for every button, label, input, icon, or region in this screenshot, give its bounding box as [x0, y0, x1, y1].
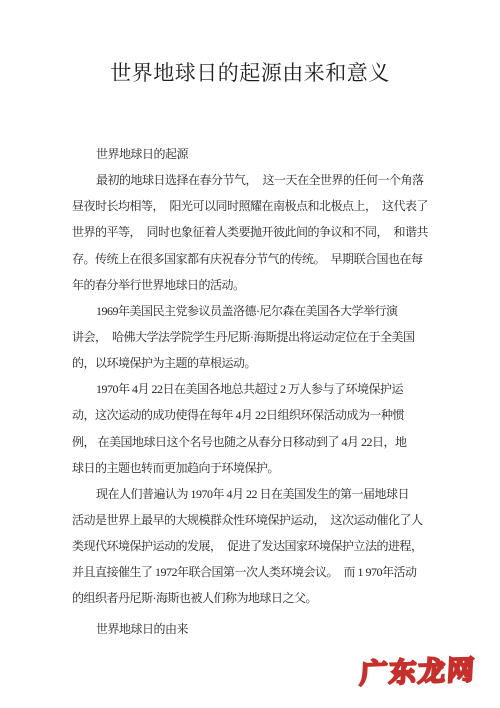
- body-line: 世界地球日的由来: [72, 616, 452, 642]
- body-line: 并且直接催生了 1972年联合国第一次人类环境会议。 而 1 970年活动: [72, 559, 452, 585]
- body-line: 世界地球日的起源: [72, 141, 452, 167]
- body-line: 例， 在美国地球日这个名号也随之从春分日移动到了 4月 22日，地: [72, 429, 452, 455]
- site-watermark-logo: 广东龙网: [359, 654, 477, 692]
- document-body: 世界地球日的起源 最初的地球日选择在春分节气， 这一天在全世界的任何一个角落 昼…: [72, 141, 452, 642]
- body-line: 的，以环境保护为主题的草根运动。: [72, 350, 452, 376]
- body-line: 活动是世界上最早的大规模群众性环境保护运动， 这次运动催化了人: [72, 507, 452, 533]
- body-line: 最初的地球日选择在春分节气， 这一天在全世界的任何一个角落: [72, 167, 452, 193]
- body-line: 球日的主题也转而更加趋向于环境保护。: [72, 455, 452, 481]
- body-line: 1969年美国民主党参议员盖洛德·尼尔森在美国各大学举行演: [72, 298, 452, 324]
- document-title: 世界地球日的起源由来和意义: [0, 59, 500, 87]
- body-line: 讲会， 哈佛大学法学院学生丹尼斯·海斯提出将运动定位在于全美国: [72, 324, 452, 350]
- body-line: 现在人们普遍认为 1970年 4月 22 日在美国发生的第一届地球日: [72, 481, 452, 507]
- body-line: 存。传统上在很多国家都有庆祝春分节气的传统。 早期联合国也在每: [72, 246, 452, 272]
- body-line: 动，这次运动的成功使得在每年 4月 22日组织环保活动成为一种惯: [72, 402, 452, 428]
- body-line: 世界的平等， 同时也象征着人类要抛开彼此间的争议和不同， 和谐共: [72, 219, 452, 245]
- body-line: 昼夜时长均相等， 阳光可以同时照耀在南极点和北极点上， 这代表了: [72, 193, 452, 219]
- body-line: 年的春分举行世界地球日的活动。: [72, 272, 452, 298]
- body-line: 1970年 4月 22日在美国各地总共超过 2 万人参与了环境保护运: [72, 376, 452, 402]
- body-line: 的组织者丹尼斯·海斯也被人们称为地球日之父。: [72, 585, 452, 611]
- document-page: 世界地球日的起源由来和意义 世界地球日的起源 最初的地球日选择在春分节气， 这一…: [0, 0, 500, 708]
- body-line: 类现代环境保护运动的发展， 促进了发达国家环境保护立法的进程，: [72, 533, 452, 559]
